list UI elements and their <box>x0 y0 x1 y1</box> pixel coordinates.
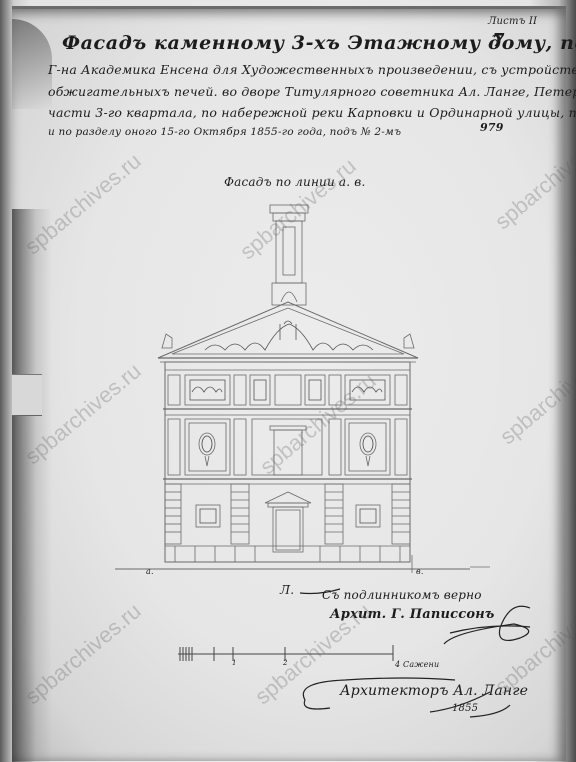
facade-elevation-drawing <box>0 0 576 762</box>
section-label-left: а. <box>146 567 154 576</box>
architect-year: 1855 <box>452 703 478 714</box>
section-label-right: в. <box>416 567 424 576</box>
top-storey <box>168 375 407 405</box>
scale-unit-label: 4 Сажени <box>395 660 439 669</box>
architect-signature: Архитекторъ Ал. Ланге <box>340 683 528 699</box>
ground-storey <box>165 484 410 552</box>
chimney <box>270 205 308 305</box>
scale-tick-2: 2 <box>283 659 288 667</box>
pediment <box>158 302 418 362</box>
mark-letter: Л. <box>280 583 294 597</box>
approval-signature: Архит. Г. Паписсонъ <box>330 607 495 622</box>
scanned-document: Листъ II 7 Фасадъ каменному 3-хъ Этажном… <box>0 0 576 762</box>
approval-line-1: Съ подлинникомъ верно <box>322 588 482 602</box>
scale-tick-1: 1 <box>232 659 237 667</box>
middle-storey <box>168 419 407 475</box>
